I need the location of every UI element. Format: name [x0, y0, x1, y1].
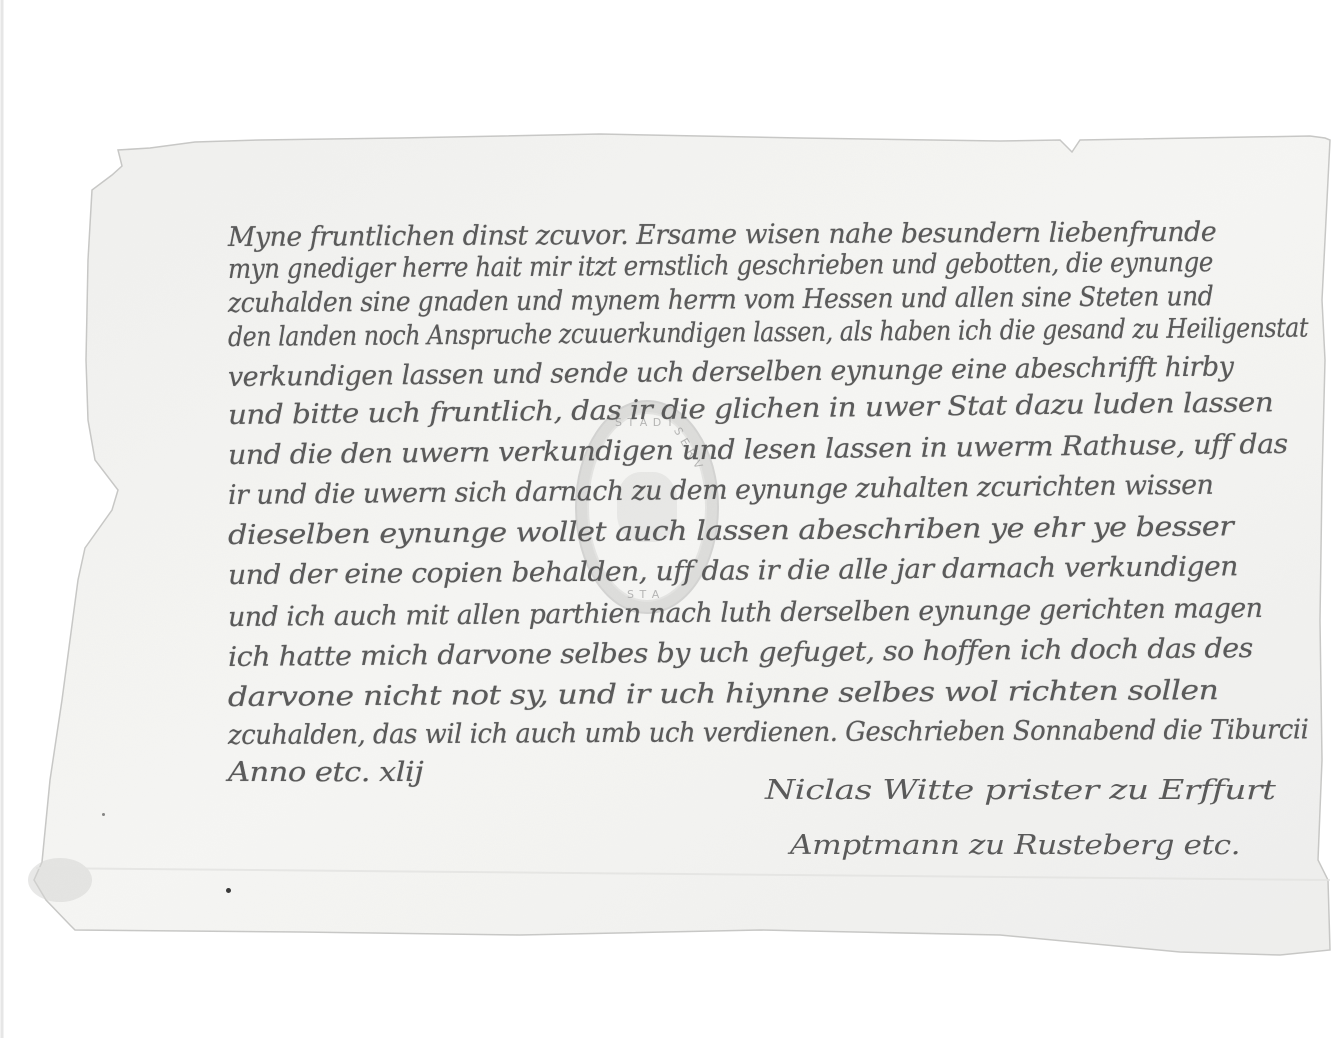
signature-name-line: Niclas Witte prister zu Erffurt — [765, 775, 1275, 806]
line-text: zcuhalden, das wil ich auch umb uch verd… — [228, 714, 1309, 751]
line-text: Anno etc. xlij — [228, 757, 423, 788]
letter-date-line: Anno etc. xlij — [228, 757, 423, 788]
signature-title-line: Amptmann zu Rusteberg etc. — [790, 830, 1240, 861]
ink-dot-mark — [102, 813, 105, 816]
ink-dot-mark — [226, 888, 231, 893]
letter-line: zcuhalden, das wil ich auch umb uch verd… — [228, 714, 1309, 751]
signature-text: Niclas Witte prister zu Erffurt — [765, 775, 1275, 806]
signature-text: Amptmann zu Rusteberg etc. — [790, 830, 1240, 861]
